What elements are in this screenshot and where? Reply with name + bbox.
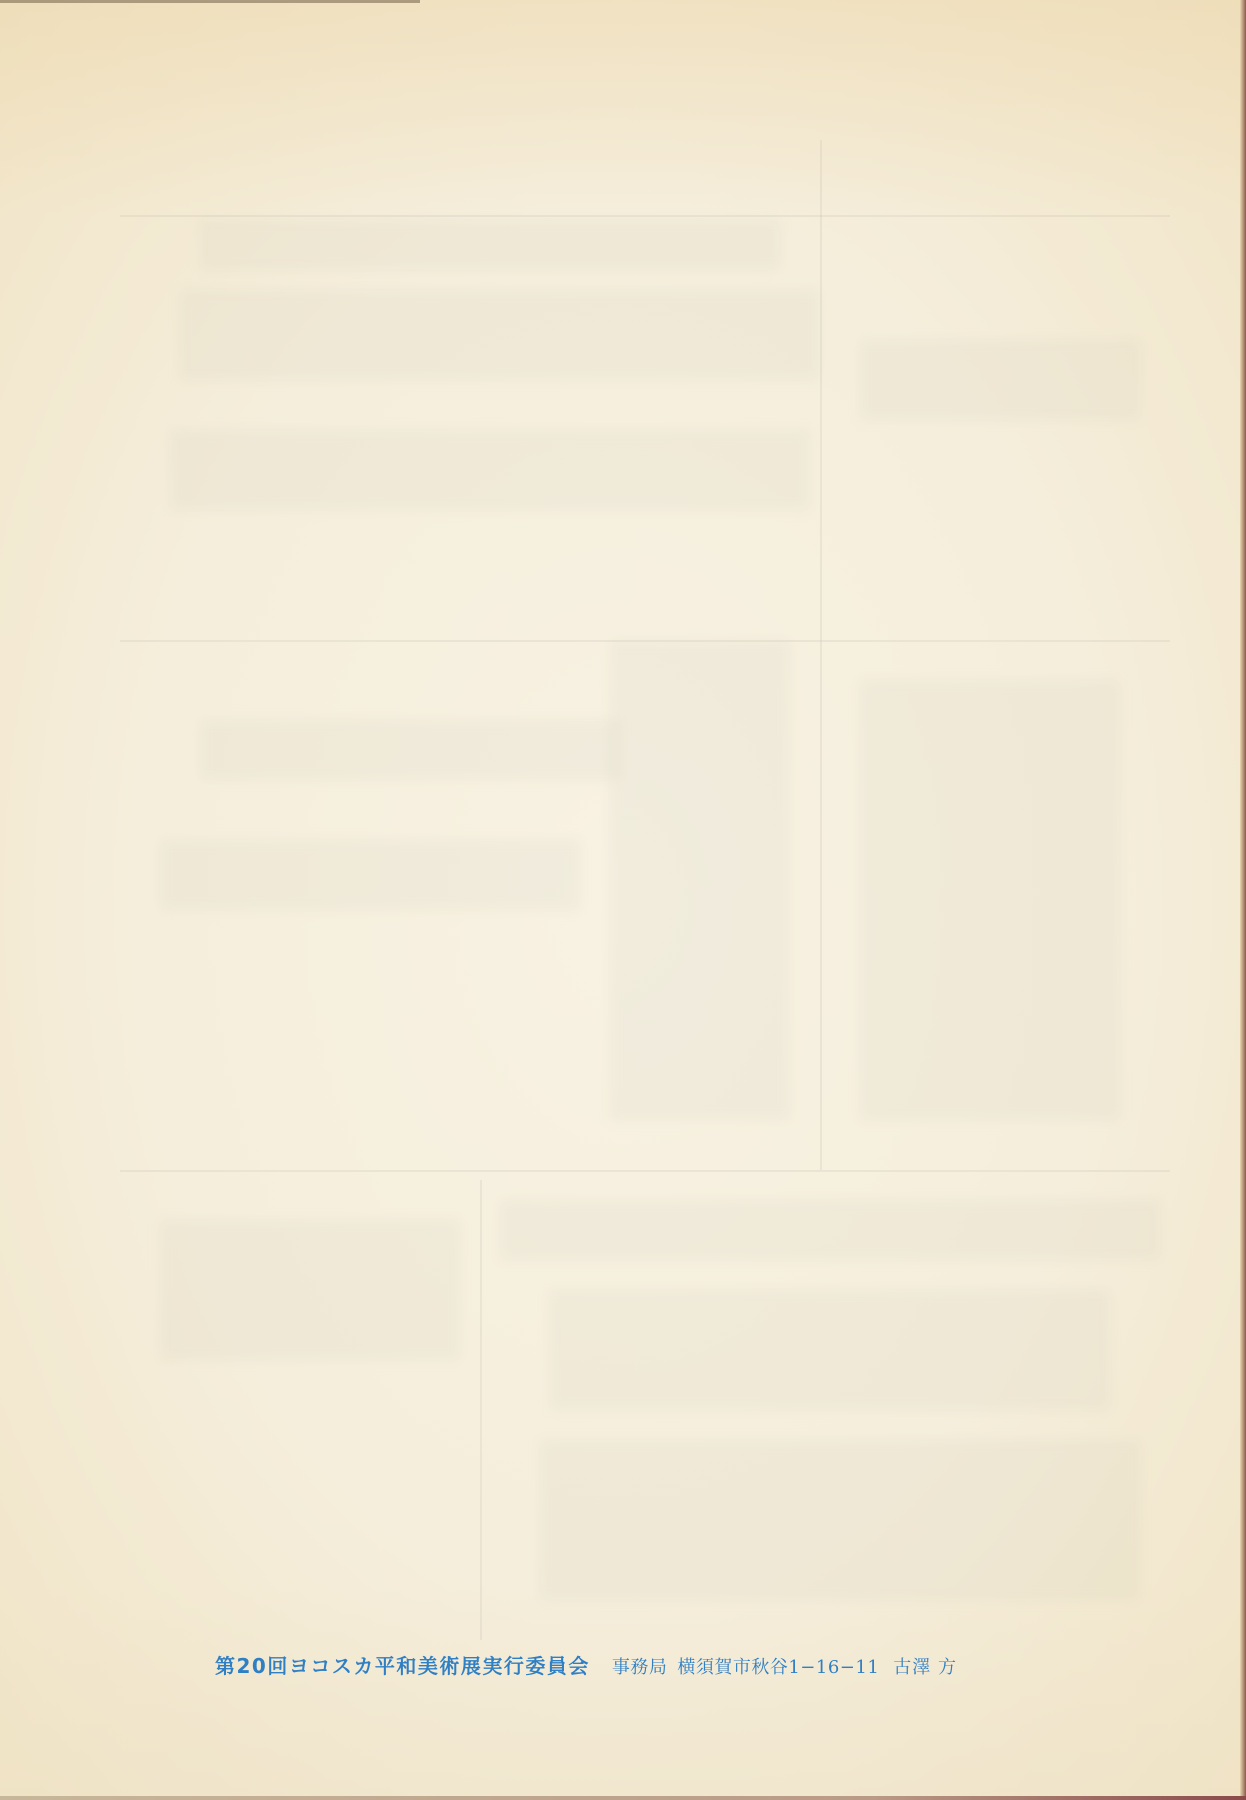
organizer-name: 第20回ヨコスカ平和美術展実行委員会 <box>215 1650 590 1679</box>
paper-page: 第20回ヨコスカ平和美術展実行委員会 事務局 横須賀市秋谷1−16−11 古澤 … <box>0 0 1246 1800</box>
show-through-block <box>860 340 1140 420</box>
show-through-block <box>540 1440 1140 1600</box>
office-address: 横須賀市秋谷1−16−11 <box>677 1653 879 1679</box>
show-through-block <box>200 720 620 780</box>
show-through-block <box>500 1200 1160 1260</box>
show-through-rule <box>820 140 822 1170</box>
show-through-rule <box>120 1170 1170 1172</box>
show-through-rule <box>120 215 1170 217</box>
show-through-block <box>160 1220 460 1360</box>
show-through-figure <box>610 640 790 1120</box>
care-of-name: 古澤 方 <box>893 1653 957 1679</box>
office-label: 事務局 <box>612 1653 668 1679</box>
page-edge-bottom <box>0 1796 1246 1800</box>
show-through-block <box>860 680 1120 1120</box>
show-through-block <box>160 840 580 910</box>
page-edge-top <box>0 0 420 3</box>
publisher-footer: 第20回ヨコスカ平和美術展実行委員会 事務局 横須賀市秋谷1−16−11 古澤 … <box>215 1650 957 1679</box>
show-through-block <box>180 290 820 380</box>
show-through-block <box>200 220 780 270</box>
show-through-rule <box>480 1180 482 1640</box>
show-through-block <box>550 1290 1110 1410</box>
show-through-block <box>170 430 810 510</box>
page-edge-right <box>1240 0 1246 1800</box>
